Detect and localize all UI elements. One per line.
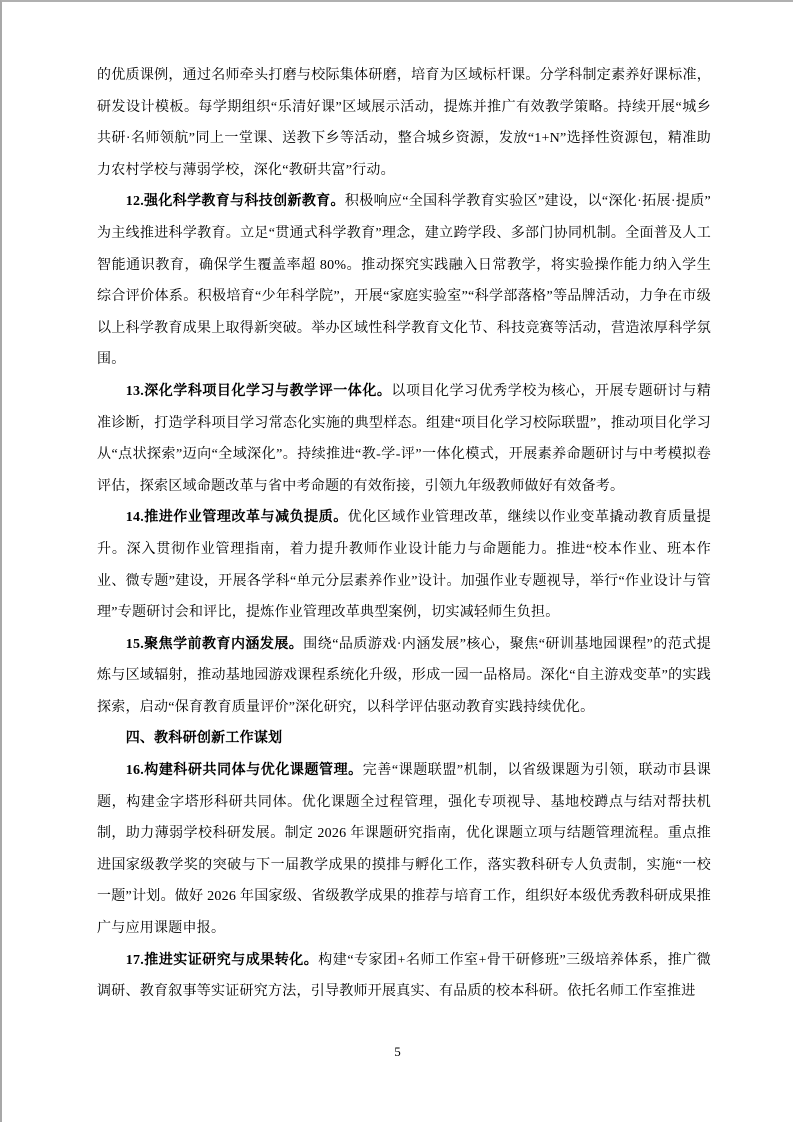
section-heading: 四、教科研创新工作谋划 bbox=[97, 723, 711, 755]
paragraph-text: 以项目化学习优秀学校为核心，开展专题研讨与精准诊断，打造学科项目学习常态化实施的… bbox=[97, 384, 711, 494]
paragraph-lead: 15.聚焦学前教育内涵发展。 bbox=[126, 637, 304, 652]
paragraph-item-13: 13.深化学科项目化学习与教学评一体化。以项目化学习优秀学校为核心，开展专题研讨… bbox=[97, 376, 711, 502]
document-page: 的优质课例，通过名师牵头打磨与校际集体研磨，培育为区域标杆课。分学科制定素养好课… bbox=[0, 0, 793, 1122]
paragraph-text: 优化区域作业管理改革，继续以作业变革撬动教育质量提升。深入贯彻作业管理指南，着力… bbox=[97, 510, 711, 620]
paragraph-item-15: 15.聚焦学前教育内涵发展。围绕“品质游戏·内涵发展”核心，聚焦“研训基地园课程… bbox=[97, 629, 711, 724]
paragraph-text: 的优质课例，通过名师牵头打磨与校际集体研磨，培育为区域标杆课。分学科制定素养好课… bbox=[97, 68, 711, 178]
document-body: 的优质课例，通过名师牵头打磨与校际集体研磨，培育为区域标杆课。分学科制定素养好课… bbox=[97, 60, 711, 1008]
paragraph-item-14: 14.推进作业管理改革与减负提质。优化区域作业管理改革，继续以作业变革撬动教育质… bbox=[97, 502, 711, 628]
section-heading-text: 四、教科研创新工作谋划 bbox=[126, 731, 283, 746]
paragraph-text: 完善“课题联盟”机制，以省级课题为引领，联动市县课题，构建金字塔形科研共同体。优… bbox=[97, 763, 711, 936]
paragraph-continuation: 的优质课例，通过名师牵头打磨与校际集体研磨，培育为区域标杆课。分学科制定素养好课… bbox=[97, 60, 711, 186]
paragraph-item-16: 16.构建科研共同体与优化课题管理。完善“课题联盟”机制，以省级课题为引领，联动… bbox=[97, 755, 711, 945]
paragraph-lead: 16.构建科研共同体与优化课题管理。 bbox=[126, 763, 363, 778]
paragraph-item-17: 17.推进实证研究与成果转化。构建“专家团+名师工作室+骨干研修班”三级培养体系… bbox=[97, 945, 711, 1008]
paragraph-item-12: 12.强化科学教育与科技创新教育。积极响应“全国科学教育实验区”建设，以“深化·… bbox=[97, 186, 711, 376]
paragraph-lead: 17.推进实证研究与成果转化。 bbox=[126, 953, 319, 968]
paragraph-text: 积极响应“全国科学教育实验区”建设，以“深化·拓展·提质”为主线推进科学教育。立… bbox=[97, 194, 711, 367]
paragraph-lead: 13.深化学科项目化学习与教学评一体化。 bbox=[126, 384, 392, 399]
paragraph-lead: 12.强化科学教育与科技创新教育。 bbox=[126, 194, 345, 209]
page-number: 5 bbox=[2, 1044, 793, 1060]
paragraph-lead: 14.推进作业管理改革与减负提质。 bbox=[126, 510, 348, 525]
